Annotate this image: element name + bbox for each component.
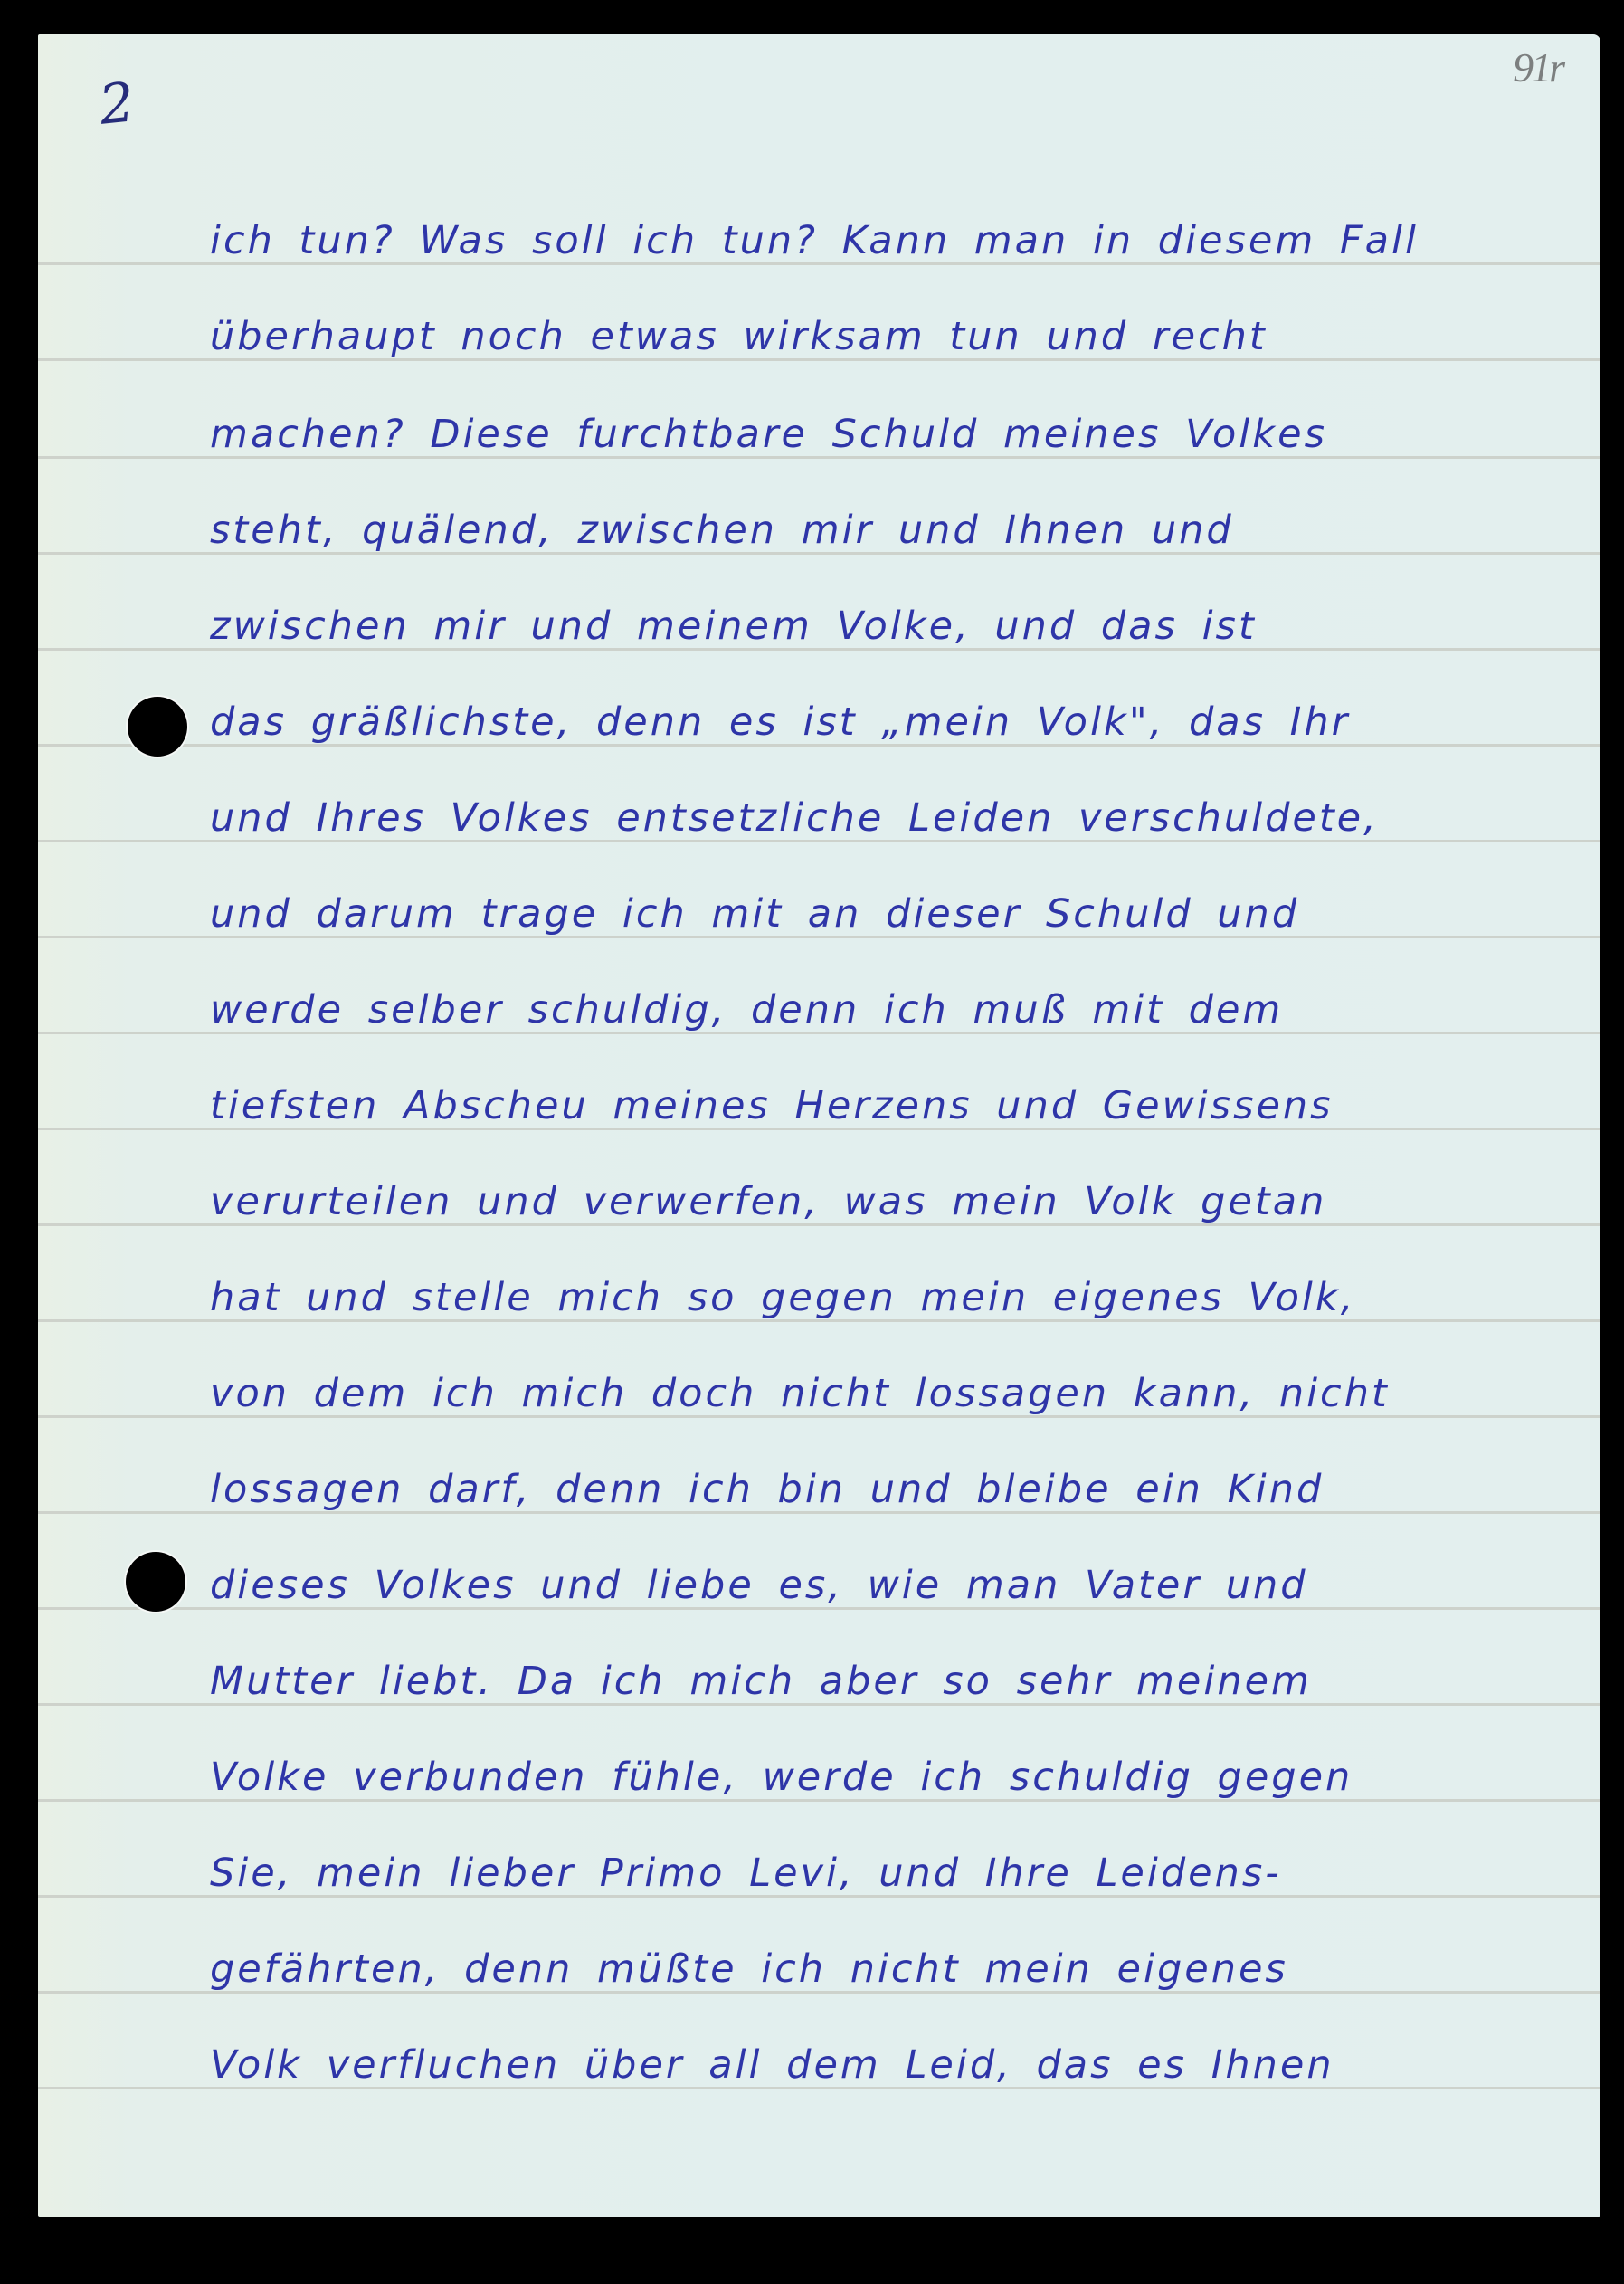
handwritten-line: Sie, mein lieber Primo Levi, und Ihre Le… [210,1846,1564,1900]
handwritten-line: zwischen mir und meinem Volke, und das i… [210,599,1564,653]
page-number: 2 [96,71,137,138]
handwritten-line: und darum trage ich mit an dieser Schuld… [210,887,1564,941]
handwritten-line: machen? Diese furchtbare Schuld meines V… [210,407,1564,462]
punch-hole-bottom [126,1552,185,1612]
handwritten-line: lossagen darf, denn ich bin und bleibe e… [210,1462,1564,1517]
handwritten-line: das gräßlichste, denn es ist „mein Volk"… [210,695,1564,749]
handwritten-line: tiefsten Abscheu meines Herzens und Gewi… [210,1079,1564,1133]
punch-hole-top [128,697,187,757]
handwritten-line: verurteilen und verwerfen, was mein Volk… [210,1175,1564,1229]
handwritten-line: hat und stelle mich so gegen mein eigene… [210,1270,1564,1325]
handwritten-line: ich tun? Was soll ich tun? Kann man in d… [210,214,1564,268]
handwritten-line: von dem ich mich doch nicht lossagen kan… [210,1366,1564,1421]
letter-page: 2 91r ich tun? Was soll ich tun? Kann ma… [38,34,1600,2217]
handwritten-line: überhaupt noch etwas wirksam tun und rec… [210,309,1564,364]
archive-folio-mark: 91r [1513,43,1562,91]
handwritten-line: und Ihres Volkes entsetzliche Leiden ver… [210,791,1564,845]
handwritten-line: Volke verbunden fühle, werde ich schuldi… [210,1750,1564,1804]
handwritten-line: werde selber schuldig, denn ich muß mit … [210,983,1564,1037]
handwritten-line: steht, quälend, zwischen mir und Ihnen u… [210,503,1564,557]
handwritten-line: Volk verfluchen über all dem Leid, das e… [210,2038,1564,2092]
handwritten-line: gefährten, denn müßte ich nicht mein eig… [210,1942,1564,1996]
handwritten-line: Mutter liebt. Da ich mich aber so sehr m… [210,1654,1564,1708]
handwritten-line: dieses Volkes und liebe es, wie man Vate… [210,1558,1564,1613]
